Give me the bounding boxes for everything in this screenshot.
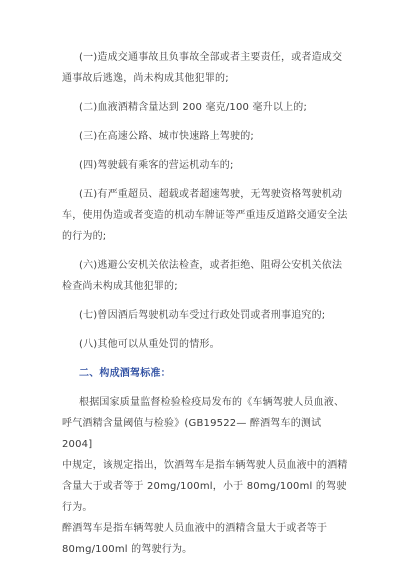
legal-item-5: (五)有严重超员、超载或者超速驾驶，无驾驶资格驾驶机动 车，使用伪造或者变造的机… bbox=[62, 184, 355, 247]
legal-item-6: (六)逃避公安机关依法检查，或者拒绝、阻碍公安机关依法 检查尚未构成其他犯罪的; bbox=[62, 255, 355, 297]
legal-item-2: (二)血液酒精含量达到 200 毫克/100 毫升以上的; bbox=[62, 97, 355, 118]
document-page: (一)造成交通事故且负事故全部或者主要责任，或者造成交 通事故后逃逸，尚未构成其… bbox=[0, 0, 400, 566]
legal-item-4: (四)驾驶载有乘客的营运机动车的; bbox=[62, 155, 355, 176]
legal-item-7: (七)曾因酒后驾驶机动车受过行政处罚或者刑事追究的; bbox=[62, 305, 355, 326]
legal-item-1: (一)造成交通事故且负事故全部或者主要责任，或者造成交 通事故后逃逸，尚未构成其… bbox=[62, 47, 355, 89]
standard-definition-paragraph: 根据国家质量监督检验检疫局发布的《车辆驾驶人员血液、 呼气酒精含量阈值与检验》(… bbox=[62, 392, 355, 560]
document-body: (一)造成交通事故且负事故全部或者主要责任，或者造成交 通事故后逃逸，尚未构成其… bbox=[0, 0, 400, 560]
legal-item-3: (三)在高速公路、城市快速路上驾驶的; bbox=[62, 126, 355, 147]
section-heading: 二、构成酒驾标准： bbox=[62, 363, 355, 384]
legal-item-8: (八)其他可以从重处罚的情形。 bbox=[62, 334, 355, 355]
